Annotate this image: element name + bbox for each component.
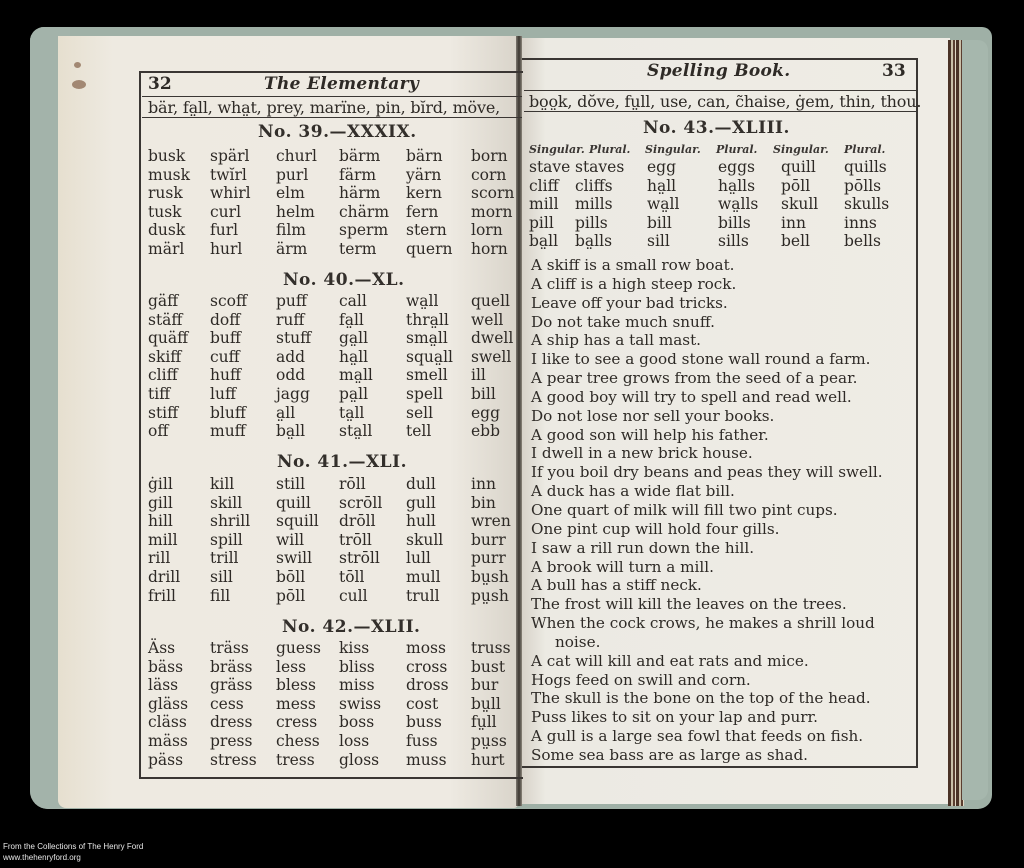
spelling-word: cuff bbox=[210, 348, 276, 367]
spelling-word: scoff bbox=[210, 292, 276, 311]
spelling-word: shrill bbox=[210, 512, 276, 531]
sentence: A bull has a stiff neck. bbox=[531, 576, 916, 595]
word-row: frillfillpōllculltrullpṳsh bbox=[148, 587, 521, 606]
word-row: buskspärlchurlbärmbärnborn bbox=[148, 147, 521, 166]
sentence: Do not take much snuff. bbox=[531, 313, 916, 332]
spelling-word: sill bbox=[647, 232, 718, 251]
spelling-word: gläss bbox=[148, 695, 210, 714]
word-row: hillshrillsquilldrōllhullwren bbox=[148, 512, 521, 531]
spelling-word: purr bbox=[471, 549, 521, 568]
spelling-word: pōlls bbox=[844, 177, 894, 196]
spelling-word: tell bbox=[406, 422, 471, 441]
spelling-word: rōll bbox=[339, 475, 406, 494]
spelling-word: call bbox=[339, 292, 406, 311]
spelling-word: sell bbox=[406, 404, 471, 423]
spelling-word: gloss bbox=[339, 751, 406, 770]
spelling-word: yärn bbox=[406, 166, 471, 185]
spelling-word: rusk bbox=[148, 184, 210, 203]
spelling-word: cress bbox=[276, 713, 339, 732]
spelling-word: tress bbox=[276, 751, 339, 770]
spelling-word: bills bbox=[718, 214, 781, 233]
spelling-word: ba̤ll bbox=[529, 232, 575, 251]
spelling-word: chess bbox=[276, 732, 339, 751]
word-row: tuskcurlhelmchärmfernmorn bbox=[148, 203, 521, 222]
spelling-word: gull bbox=[406, 494, 471, 513]
word-row: rilltrillswillstrōlllullpurr bbox=[148, 549, 521, 568]
spelling-word: off bbox=[148, 422, 210, 441]
spelling-word: sills bbox=[718, 232, 781, 251]
spelling-word: tusk bbox=[148, 203, 210, 222]
spelling-word: born bbox=[471, 147, 521, 166]
spelling-word: curl bbox=[210, 203, 276, 222]
spelling-word: ġill bbox=[148, 475, 210, 494]
spelling-word: hull bbox=[406, 512, 471, 531]
spelling-word: bōll bbox=[276, 568, 339, 587]
credit-line: From the Collections of The Henry Ford bbox=[3, 841, 143, 852]
sentence: A good boy will try to spell and read we… bbox=[531, 388, 916, 407]
spelling-word: quill bbox=[276, 494, 339, 513]
spelling-word: bust bbox=[471, 658, 521, 677]
spelling-word: ga̤ll bbox=[339, 329, 406, 348]
spelling-word: mill bbox=[148, 531, 210, 550]
spelling-word: swill bbox=[276, 549, 339, 568]
sentence: I like to see a good stone wall round a … bbox=[531, 350, 916, 369]
spelling-word: still bbox=[276, 475, 339, 494]
sentence: A brook will turn a mill. bbox=[531, 558, 916, 577]
column-header: Plural. bbox=[589, 143, 630, 156]
spelling-word: mills bbox=[575, 195, 647, 214]
spelling-word: pṳss bbox=[471, 732, 521, 751]
word-row: stiffbluffa̤llta̤llsellegg bbox=[148, 404, 521, 423]
word-row: tiffluffjaggpa̤llspellbill bbox=[148, 385, 521, 404]
sentence: A duck has a wide flat bill. bbox=[531, 482, 916, 501]
spelling-word: drōll bbox=[339, 512, 406, 531]
spelling-word: rill bbox=[148, 549, 210, 568]
spelling-word: quell bbox=[471, 292, 521, 311]
word-row: ġillkillstillrōlldullinn bbox=[148, 475, 521, 494]
spelling-word: frill bbox=[148, 587, 210, 606]
spelling-word: squa̤ll bbox=[406, 348, 471, 367]
reading-sentences: A skiff is a small row boat.A cliff is a… bbox=[531, 256, 916, 765]
column-header: Plural. bbox=[716, 143, 757, 156]
spelling-word: wa̤ll bbox=[647, 195, 718, 214]
spelling-word: sperm bbox=[339, 221, 406, 240]
credit-url: www.thehenryford.org bbox=[3, 852, 143, 863]
word-row: mässpresschesslossfusspṳss bbox=[148, 732, 521, 751]
sentence: A gull is a large sea fowl that feeds on… bbox=[531, 727, 916, 746]
word-row: pillpillsbillbillsinninns bbox=[529, 214, 894, 233]
spelling-word: quern bbox=[406, 240, 471, 259]
spelling-word: twĭrl bbox=[210, 166, 276, 185]
spelling-word: smell bbox=[406, 366, 471, 385]
spelling-word: dwell bbox=[471, 329, 521, 348]
right-running-head: Spelling Book. 33 bbox=[530, 61, 910, 89]
spelling-word: cliff bbox=[148, 366, 210, 385]
word-row: stäffdoffrufffa̤llthra̤llwell bbox=[148, 311, 521, 330]
spelling-word: bliss bbox=[339, 658, 406, 677]
spelling-word: pa̤ll bbox=[339, 385, 406, 404]
word-row: millspillwilltrōllskullburr bbox=[148, 531, 521, 550]
pronunciation-key: bo̤o̤k, dŏve, fṳll, use, can, c̃haise, ġ… bbox=[524, 90, 916, 112]
spelling-word: cost bbox=[406, 695, 471, 714]
spelling-word: bless bbox=[276, 676, 339, 695]
sentence: One pint cup will hold four gills. bbox=[531, 520, 916, 539]
sentence: The skull is the bone on the top of the … bbox=[531, 689, 916, 708]
spelling-word: gräss bbox=[210, 676, 276, 695]
spelling-word: kiss bbox=[339, 639, 406, 658]
column-header: Singular. bbox=[529, 143, 585, 156]
word-row: ba̤llba̤llssillsillsbellbells bbox=[529, 232, 894, 251]
spelling-word: eggs bbox=[718, 158, 781, 177]
spelling-word: pill bbox=[529, 214, 575, 233]
spelling-word: bräss bbox=[210, 658, 276, 677]
spelling-word: busk bbox=[148, 147, 210, 166]
foxing-stains bbox=[72, 60, 88, 100]
spelling-word: cliff bbox=[529, 177, 575, 196]
spelling-word: cliffs bbox=[575, 177, 647, 196]
spelling-word: purl bbox=[276, 166, 339, 185]
word-row: offmuffba̤llsta̤lltellebb bbox=[148, 422, 521, 441]
column-header: Singular. bbox=[645, 143, 701, 156]
word-row: glässcessmessswisscostbṳll bbox=[148, 695, 521, 714]
running-title: Spelling Book. bbox=[647, 61, 790, 81]
spelling-word: press bbox=[210, 732, 276, 751]
spelling-word: musk bbox=[148, 166, 210, 185]
word-table-lesson-40: gäffscoffpuffcallwa̤llquellstäffdoffruff… bbox=[148, 292, 521, 441]
spelling-word: fuss bbox=[406, 732, 471, 751]
spelling-word: märl bbox=[148, 240, 210, 259]
spelling-word: ta̤ll bbox=[339, 404, 406, 423]
word-row: märlhurlärmtermquernhorn bbox=[148, 240, 521, 259]
spelling-word: tiff bbox=[148, 385, 210, 404]
spelling-word: will bbox=[276, 531, 339, 550]
spelling-word: dross bbox=[406, 676, 471, 695]
spelling-word: bṳsh bbox=[471, 568, 521, 587]
spelling-word: dress bbox=[210, 713, 276, 732]
word-table-lesson-41: ġillkillstillrōlldullinngillskillquillsc… bbox=[148, 475, 521, 605]
sentence: noise. bbox=[531, 633, 916, 652]
spelling-word: swell bbox=[471, 348, 521, 367]
spelling-word: stress bbox=[210, 751, 276, 770]
spelling-word: a̤ll bbox=[276, 404, 339, 423]
spelling-word: buff bbox=[210, 329, 276, 348]
spelling-word: pōll bbox=[781, 177, 844, 196]
spelling-word: ma̤ll bbox=[339, 366, 406, 385]
sentence: A pear tree grows from the seed of a pea… bbox=[531, 369, 916, 388]
column-header: Plural. bbox=[844, 143, 885, 156]
word-table-lesson-39: buskspärlchurlbärmbärnbornmusktwĭrlpurlf… bbox=[148, 147, 521, 259]
spelling-word: ill bbox=[471, 366, 521, 385]
lesson-heading: No. 40.—XL. bbox=[283, 270, 405, 290]
spelling-word: cess bbox=[210, 695, 276, 714]
page-number: 33 bbox=[882, 61, 906, 81]
spelling-word: dusk bbox=[148, 221, 210, 240]
spelling-word: wa̤ll bbox=[406, 292, 471, 311]
spelling-word: chärm bbox=[339, 203, 406, 222]
spelling-word: stiff bbox=[148, 404, 210, 423]
spelling-word: truss bbox=[471, 639, 521, 658]
spelling-word: inns bbox=[844, 214, 894, 233]
spelling-word: corn bbox=[471, 166, 521, 185]
spelling-word: ha̤ll bbox=[647, 177, 718, 196]
spelling-word: mull bbox=[406, 568, 471, 587]
spelling-word: mäss bbox=[148, 732, 210, 751]
spelling-word: horn bbox=[471, 240, 521, 259]
spelling-word: cläss bbox=[148, 713, 210, 732]
lesson-heading: No. 41.—XLI. bbox=[277, 452, 407, 472]
spelling-word: gäff bbox=[148, 292, 210, 311]
spelling-word: stäff bbox=[148, 311, 210, 330]
word-row: cliffhuffoddma̤llsmellill bbox=[148, 366, 521, 385]
word-row: gillskillquillscrōllgullbin bbox=[148, 494, 521, 513]
collection-credit: From the Collections of The Henry Ford w… bbox=[3, 841, 143, 863]
sentence: A skiff is a small row boat. bbox=[531, 256, 916, 275]
spelling-word: inn bbox=[781, 214, 844, 233]
sentence: I dwell in a new brick house. bbox=[531, 444, 916, 463]
spelling-word: jagg bbox=[276, 385, 339, 404]
spelling-word: quills bbox=[844, 158, 894, 177]
sentence: The frost will kill the leaves on the tr… bbox=[531, 595, 916, 614]
spelling-word: less bbox=[276, 658, 339, 677]
spelling-word: inn bbox=[471, 475, 521, 494]
spelling-word: film bbox=[276, 221, 339, 240]
spelling-word: lull bbox=[406, 549, 471, 568]
spelling-word: dull bbox=[406, 475, 471, 494]
spelling-word: fern bbox=[406, 203, 471, 222]
spelling-word: bill bbox=[647, 214, 718, 233]
spelling-word: burr bbox=[471, 531, 521, 550]
spelling-word: miss bbox=[339, 676, 406, 695]
spelling-word: skull bbox=[781, 195, 844, 214]
spelling-word: ba̤ll bbox=[276, 422, 339, 441]
spelling-word: morn bbox=[471, 203, 521, 222]
spelling-word: Äss bbox=[148, 639, 210, 658]
spelling-word: fṳll bbox=[471, 713, 521, 732]
word-row: bässbrässlessblisscrossbust bbox=[148, 658, 521, 677]
spelling-word: fill bbox=[210, 587, 276, 606]
word-row: pässstresstressglossmusshurt bbox=[148, 751, 521, 770]
sentence: One quart of milk will fill two pint cup… bbox=[531, 501, 916, 520]
word-row: duskfurlfilmspermsternlorn bbox=[148, 221, 521, 240]
sentence: Puss likes to sit on your lap and purr. bbox=[531, 708, 916, 727]
sentence: A ship has a tall mast. bbox=[531, 331, 916, 350]
spelling-word: cull bbox=[339, 587, 406, 606]
spelling-word: skill bbox=[210, 494, 276, 513]
spelling-word: mess bbox=[276, 695, 339, 714]
spelling-word: add bbox=[276, 348, 339, 367]
spelling-word: hurt bbox=[471, 751, 521, 770]
spelling-word: buss bbox=[406, 713, 471, 732]
lesson-heading: No. 42.—XLII. bbox=[282, 617, 420, 637]
spelling-word: egg bbox=[647, 158, 718, 177]
spelling-word: muff bbox=[210, 422, 276, 441]
book-cover-right-edge bbox=[962, 40, 988, 800]
spelling-word: term bbox=[339, 240, 406, 259]
spelling-word: skulls bbox=[844, 195, 894, 214]
word-row: stavestaveseggeggsquillquills bbox=[529, 158, 894, 177]
spelling-word: ruff bbox=[276, 311, 339, 330]
word-row: drillsillbōlltōllmullbṳsh bbox=[148, 568, 521, 587]
word-row: skiffcuffaddha̤llsqua̤llswell bbox=[148, 348, 521, 367]
spelling-word: hill bbox=[148, 512, 210, 531]
word-row: musktwĭrlpurlfärmyärncorn bbox=[148, 166, 521, 185]
spelling-word: trull bbox=[406, 587, 471, 606]
spelling-word: mill bbox=[529, 195, 575, 214]
spelling-word: trill bbox=[210, 549, 276, 568]
spelling-word: bin bbox=[471, 494, 521, 513]
sentence: When the cock crows, he makes a shrill l… bbox=[531, 614, 916, 633]
spelling-word: spärl bbox=[210, 147, 276, 166]
spelling-word: päss bbox=[148, 751, 210, 770]
spelling-word: tōll bbox=[339, 568, 406, 587]
sentence: Some sea bass are as large as shad. bbox=[531, 746, 916, 765]
spelling-word: huff bbox=[210, 366, 276, 385]
spelling-word: ha̤ll bbox=[339, 348, 406, 367]
spelling-word: bärn bbox=[406, 147, 471, 166]
spelling-word: cross bbox=[406, 658, 471, 677]
spelling-word: muss bbox=[406, 751, 471, 770]
spelling-word: läss bbox=[148, 676, 210, 695]
spelling-word: furl bbox=[210, 221, 276, 240]
spelling-word: bluff bbox=[210, 404, 276, 423]
spelling-word: bṳll bbox=[471, 695, 521, 714]
word-table-lesson-42: Ässträssguesskissmosstrussbässbrässlessb… bbox=[148, 639, 521, 769]
spelling-word: hurl bbox=[210, 240, 276, 259]
column-header: Singular. bbox=[773, 143, 829, 156]
spelling-word: wren bbox=[471, 512, 521, 531]
spelling-word: bell bbox=[781, 232, 844, 251]
spelling-word: churl bbox=[276, 147, 339, 166]
lesson-heading: No. 39.—XXXIX. bbox=[258, 122, 417, 142]
sentence: Leave off your bad tricks. bbox=[531, 294, 916, 313]
word-row: Ässträssguesskissmosstruss bbox=[148, 639, 521, 658]
spelling-word: fa̤ll bbox=[339, 311, 406, 330]
spelling-word: egg bbox=[471, 404, 521, 423]
spelling-word: sta̤ll bbox=[339, 422, 406, 441]
plural-word-table: stavestaveseggeggsquillquillscliffcliffs… bbox=[529, 158, 894, 251]
spelling-word: boss bbox=[339, 713, 406, 732]
sentence: Hogs feed on swill and corn. bbox=[531, 671, 916, 690]
spelling-word: bur bbox=[471, 676, 521, 695]
spelling-word: luff bbox=[210, 385, 276, 404]
spelling-word: ebb bbox=[471, 422, 521, 441]
word-row: cliffcliffsha̤llha̤llspōllpōlls bbox=[529, 177, 894, 196]
spelling-word: pṳsh bbox=[471, 587, 521, 606]
spelling-word: pills bbox=[575, 214, 647, 233]
sentence: I saw a rill run down the hill. bbox=[531, 539, 916, 558]
spelling-word: skiff bbox=[148, 348, 210, 367]
spelling-word: härm bbox=[339, 184, 406, 203]
spelling-word: ba̤lls bbox=[575, 232, 647, 251]
spelling-word: ha̤lls bbox=[718, 177, 781, 196]
spelling-word: gill bbox=[148, 494, 210, 513]
lesson-heading: No. 43.—XLIII. bbox=[643, 118, 790, 138]
word-row: lässgrässblessmissdrossbur bbox=[148, 676, 521, 695]
spelling-word: sma̤ll bbox=[406, 329, 471, 348]
spelling-word: quäff bbox=[148, 329, 210, 348]
sentence: A cliff is a high steep rock. bbox=[531, 275, 916, 294]
spelling-word: puff bbox=[276, 292, 339, 311]
spelling-word: bells bbox=[844, 232, 894, 251]
word-row: gäffscoffpuffcallwa̤llquell bbox=[148, 292, 521, 311]
spelling-word: odd bbox=[276, 366, 339, 385]
spelling-word: stave bbox=[529, 158, 575, 177]
spelling-word: stern bbox=[406, 221, 471, 240]
spelling-word: strōll bbox=[339, 549, 406, 568]
spelling-word: bill bbox=[471, 385, 521, 404]
spelling-word: elm bbox=[276, 184, 339, 203]
spelling-word: bäss bbox=[148, 658, 210, 677]
word-row: ruskwhirlelmhärmkernscorn bbox=[148, 184, 521, 203]
spelling-word: helm bbox=[276, 203, 339, 222]
spelling-word: bärm bbox=[339, 147, 406, 166]
spelling-word: pōll bbox=[276, 587, 339, 606]
sentence: A good son will help his father. bbox=[531, 426, 916, 445]
spelling-word: sill bbox=[210, 568, 276, 587]
sentence: Do not lose nor sell your books. bbox=[531, 407, 916, 426]
spelling-word: moss bbox=[406, 639, 471, 658]
spelling-word: kern bbox=[406, 184, 471, 203]
word-row: clässdresscressbossbussfṳll bbox=[148, 713, 521, 732]
spelling-word: spill bbox=[210, 531, 276, 550]
spelling-word: drill bbox=[148, 568, 210, 587]
spelling-word: ärm bbox=[276, 240, 339, 259]
word-row: millmillswa̤llwa̤llsskullskulls bbox=[529, 195, 894, 214]
spelling-word: färm bbox=[339, 166, 406, 185]
spelling-word: swiss bbox=[339, 695, 406, 714]
spelling-word: quill bbox=[781, 158, 844, 177]
spelling-word: scorn bbox=[471, 184, 521, 203]
spelling-word: loss bbox=[339, 732, 406, 751]
spelling-word: doff bbox=[210, 311, 276, 330]
spelling-word: wa̤lls bbox=[718, 195, 781, 214]
spelling-word: staves bbox=[575, 158, 647, 177]
page-number: 32 bbox=[148, 74, 172, 94]
spelling-word: thra̤ll bbox=[406, 311, 471, 330]
pronunciation-key: bär, fa̤ll, wha̤t, prey, marïne, pin, bĭ… bbox=[142, 96, 522, 118]
spelling-word: spell bbox=[406, 385, 471, 404]
running-title: The Elementary bbox=[264, 74, 419, 94]
spelling-word: stuff bbox=[276, 329, 339, 348]
word-row: quäffbuffstuffga̤llsma̤lldwell bbox=[148, 329, 521, 348]
spelling-word: whirl bbox=[210, 184, 276, 203]
spelling-word: well bbox=[471, 311, 521, 330]
spelling-word: guess bbox=[276, 639, 339, 658]
spelling-word: kill bbox=[210, 475, 276, 494]
spelling-word: lorn bbox=[471, 221, 521, 240]
spelling-word: trōll bbox=[339, 531, 406, 550]
spelling-word: träss bbox=[210, 639, 276, 658]
spelling-word: squill bbox=[276, 512, 339, 531]
spelling-word: scrōll bbox=[339, 494, 406, 513]
sentence: A cat will kill and eat rats and mice. bbox=[531, 652, 916, 671]
spelling-word: skull bbox=[406, 531, 471, 550]
sentence: If you boil dry beans and peas they will… bbox=[531, 463, 916, 482]
